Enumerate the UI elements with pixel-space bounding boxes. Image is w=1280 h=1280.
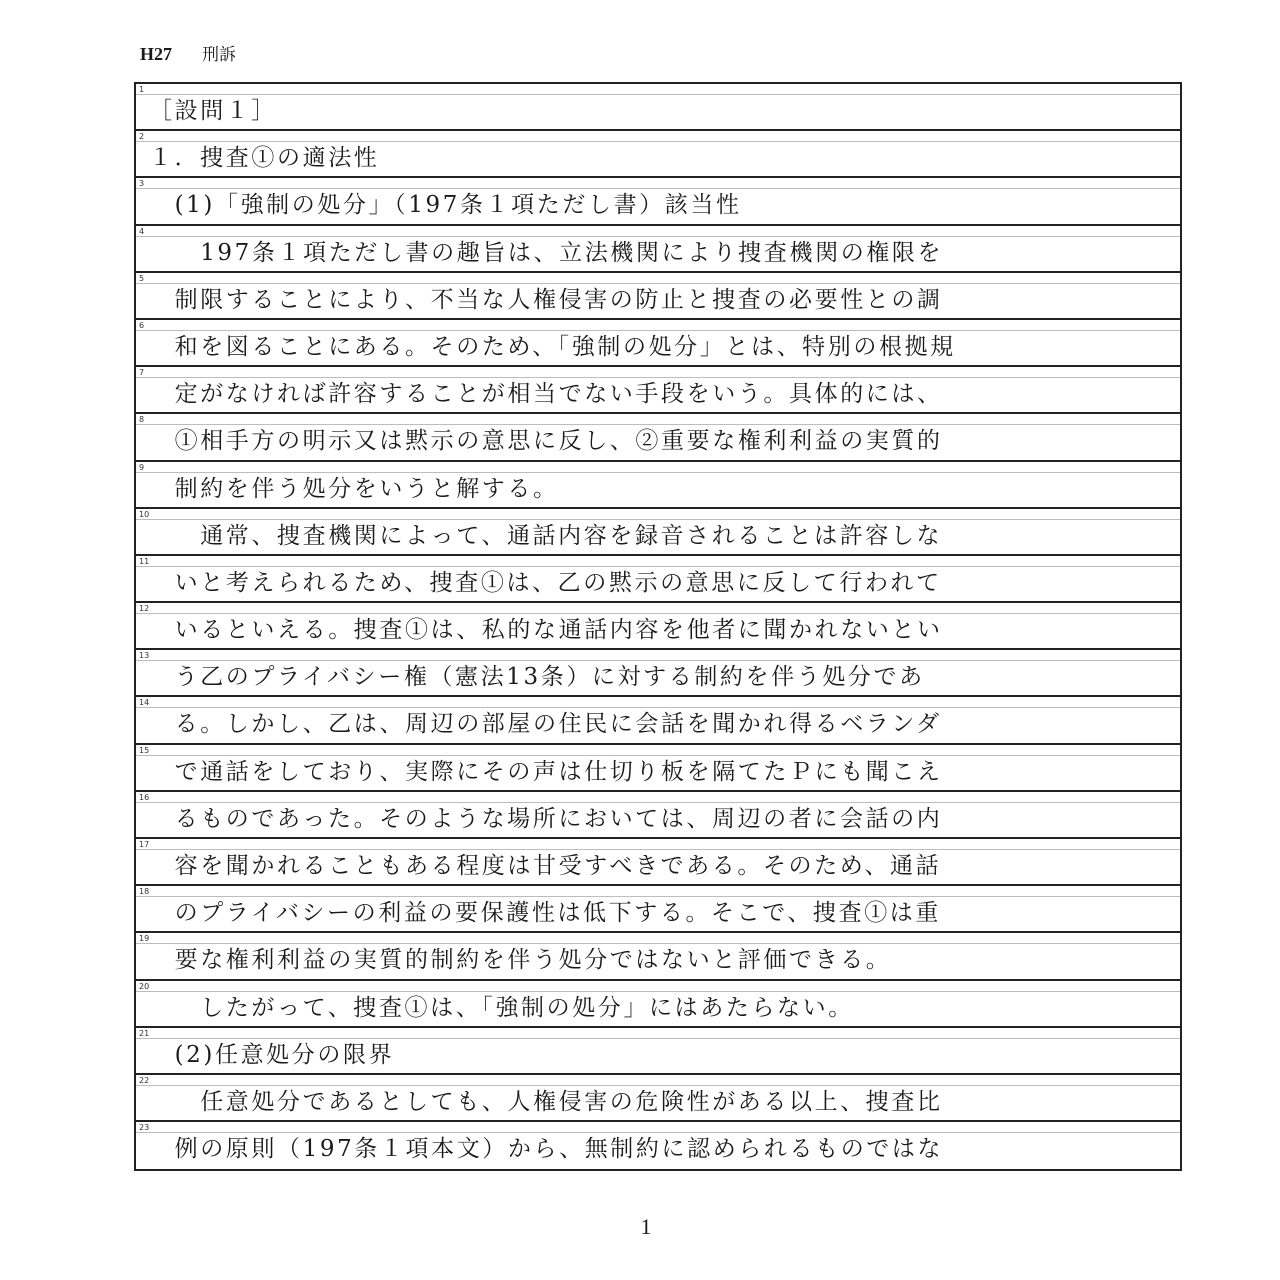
answer-line-text: １．捜査①の適法性 [136,142,1180,175]
line-number: 1 [136,84,1180,95]
exam-subject: 刑訴 [202,40,236,65]
answer-line: 4 197条１項ただし書の趣旨は、立法機関により捜査機関の権限を [136,226,1180,273]
exam-year-code: H27 [140,44,172,65]
document-header: H27 刑訴 [140,40,236,65]
answer-line: 10 通常、捜査機関によって、通話内容を録音されることは許容しな [136,509,1180,556]
line-number: 14 [136,697,1180,708]
answer-line: 9 制約を伴う処分をいうと解する。 [136,462,1180,509]
line-number: 6 [136,320,1180,331]
answer-line: 22 任意処分であるとしても、人権侵害の危険性がある以上、捜査比 [136,1075,1180,1122]
answer-line: 21 (2)任意処分の限界 [136,1028,1180,1075]
line-number: 17 [136,839,1180,850]
answer-line-text: したがって、捜査①は、「強制の処分」にはあたらない。 [136,992,1180,1025]
answer-line: 23 例の原則（197条１項本文）から、無制約に認められるものではな [136,1122,1180,1169]
line-number: 8 [136,414,1180,425]
answer-line-text: 任意処分であるとしても、人権侵害の危険性がある以上、捜査比 [136,1086,1180,1119]
line-number: 2 [136,131,1180,142]
line-number: 5 [136,273,1180,284]
answer-line-text: いるといえる。捜査①は、私的な通話内容を他者に聞かれないとい [136,614,1180,647]
answer-line-text: で通話をしており、実際にその声は仕切り板を隔てたＰにも聞こえ [136,756,1180,789]
answer-line-text: 要な権利利益の実質的制約を伴う処分ではないと評価できる。 [136,944,1180,977]
answer-line: 13 う乙のプライバシー権（憲法13条）に対する制約を伴う処分であ [136,650,1180,697]
answer-line-text: る。しかし、乙は、周辺の部屋の住民に会話を聞かれ得るベランダ [136,708,1180,741]
answer-line-text: 容を聞かれることもある程度は甘受すべきである。そのため、通話 [136,850,1180,883]
line-number: 18 [136,886,1180,897]
answer-line-text: ①相手方の明示又は黙示の意思に反し、②重要な権利利益の実質的 [136,425,1180,458]
answer-line-text: 例の原則（197条１項本文）から、無制約に認められるものではな [136,1133,1180,1166]
answer-line-text: いと考えられるため、捜査①は、乙の黙示の意思に反して行われて [136,567,1180,600]
line-number: 15 [136,745,1180,756]
answer-line: 12 いるといえる。捜査①は、私的な通話内容を他者に聞かれないとい [136,603,1180,650]
answer-line-text: 通常、捜査機関によって、通話内容を録音されることは許容しな [136,520,1180,553]
answer-line-text: 定がなければ許容することが相当でない手段をいう。具体的には、 [136,378,1180,411]
line-number: 22 [136,1075,1180,1086]
answer-line: 17 容を聞かれることもある程度は甘受すべきである。そのため、通話 [136,839,1180,886]
answer-line-text: 制約を伴う処分をいうと解する。 [136,473,1180,506]
line-number: 12 [136,603,1180,614]
answer-line-text: 197条１項ただし書の趣旨は、立法機関により捜査機関の権限を [136,237,1180,270]
answer-line: 15 で通話をしており、実際にその声は仕切り板を隔てたＰにも聞こえ [136,745,1180,792]
page-number: 1 [0,1214,1280,1240]
line-number: 10 [136,509,1180,520]
line-number: 23 [136,1122,1180,1133]
answer-line-text: (1)「強制の処分」（197条１項ただし書）該当性 [136,189,1180,222]
line-number: 13 [136,650,1180,661]
line-number: 16 [136,792,1180,803]
answer-sheet-grid: 1［設問１］ 2１．捜査①の適法性 3 (1)「強制の処分」（197条１項ただし… [134,82,1182,1171]
line-number: 9 [136,462,1180,473]
answer-line-text: (2)任意処分の限界 [136,1039,1180,1072]
answer-line-text: う乙のプライバシー権（憲法13条）に対する制約を伴う処分であ [136,661,1180,694]
answer-line: 2１．捜査①の適法性 [136,131,1180,178]
answer-line-text: のプライバシーの利益の要保護性は低下する。そこで、捜査①は重 [136,897,1180,930]
answer-line: 16 るものであった。そのような場所においては、周辺の者に会話の内 [136,792,1180,839]
line-number: 4 [136,226,1180,237]
line-number: 11 [136,556,1180,567]
answer-line-text: ［設問１］ [136,95,1180,128]
answer-line: 18 のプライバシーの利益の要保護性は低下する。そこで、捜査①は重 [136,886,1180,933]
answer-line: 5 制限することにより、不当な人権侵害の防止と捜査の必要性との調 [136,273,1180,320]
answer-line: 8 ①相手方の明示又は黙示の意思に反し、②重要な権利利益の実質的 [136,414,1180,461]
answer-line: 14 る。しかし、乙は、周辺の部屋の住民に会話を聞かれ得るベランダ [136,697,1180,744]
answer-line-text: 制限することにより、不当な人権侵害の防止と捜査の必要性との調 [136,284,1180,317]
line-number: 3 [136,178,1180,189]
line-number: 7 [136,367,1180,378]
answer-line-text: るものであった。そのような場所においては、周辺の者に会話の内 [136,803,1180,836]
answer-line: 3 (1)「強制の処分」（197条１項ただし書）該当性 [136,178,1180,225]
line-number: 20 [136,981,1180,992]
answer-line-text: 和を図ることにある。そのため、「強制の処分」とは、特別の根拠規 [136,331,1180,364]
answer-line: 6 和を図ることにある。そのため、「強制の処分」とは、特別の根拠規 [136,320,1180,367]
line-number: 21 [136,1028,1180,1039]
answer-line: 20 したがって、捜査①は、「強制の処分」にはあたらない。 [136,981,1180,1028]
answer-line: 19 要な権利利益の実質的制約を伴う処分ではないと評価できる。 [136,933,1180,980]
line-number: 19 [136,933,1180,944]
answer-line: 7 定がなければ許容することが相当でない手段をいう。具体的には、 [136,367,1180,414]
answer-line: 11 いと考えられるため、捜査①は、乙の黙示の意思に反して行われて [136,556,1180,603]
answer-line: 1［設問１］ [136,84,1180,131]
